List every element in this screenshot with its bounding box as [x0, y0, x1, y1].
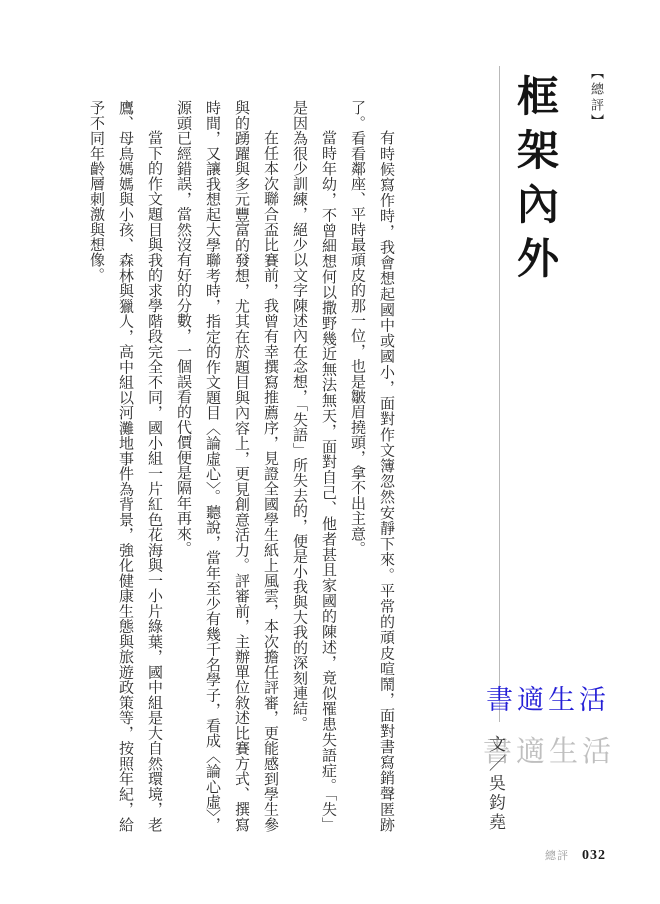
paragraph-4: 當下的作文題目與我的求學階段完全不同，國小組一片紅色花海與一小片綠葉，國中組是大…	[81, 100, 168, 832]
author-byline: 文／吳鈞堯	[483, 735, 508, 833]
page-title: 框架內外	[504, 74, 564, 290]
paragraph-2: 當時年幼，不曾細想何以撒野幾近無法無天，面對自己、他者甚且家國的陳述，竟似罹患失…	[284, 100, 342, 832]
section-label: 【總評】	[587, 66, 606, 130]
watermark-blue: 書適生活	[486, 678, 610, 717]
footer-section-label: 總評	[545, 847, 569, 863]
paragraph-1: 有時候寫作時，我會想起國中或國小，面對作文簿忽然安靜下來。平常的頑皮喧鬧，面對書…	[342, 100, 400, 832]
vertical-divider	[499, 66, 500, 722]
book-page: 【總評】 框架內外 有時候寫作時，我會想起國中或國小，面對作文簿忽然安靜下來。平…	[0, 0, 660, 904]
page-footer: 總評 032	[545, 847, 606, 864]
footer-page-number: 032	[582, 848, 606, 864]
article-body: 有時候寫作時，我會想起國中或國小，面對作文簿忽然安靜下來。平常的頑皮喧鬧，面對書…	[68, 100, 400, 832]
paragraph-3: 在任本次聯合盃比賽前，我曾有幸撰寫推薦序，見證全國學生紙上風雲，本次擔任評審，更…	[168, 100, 284, 832]
